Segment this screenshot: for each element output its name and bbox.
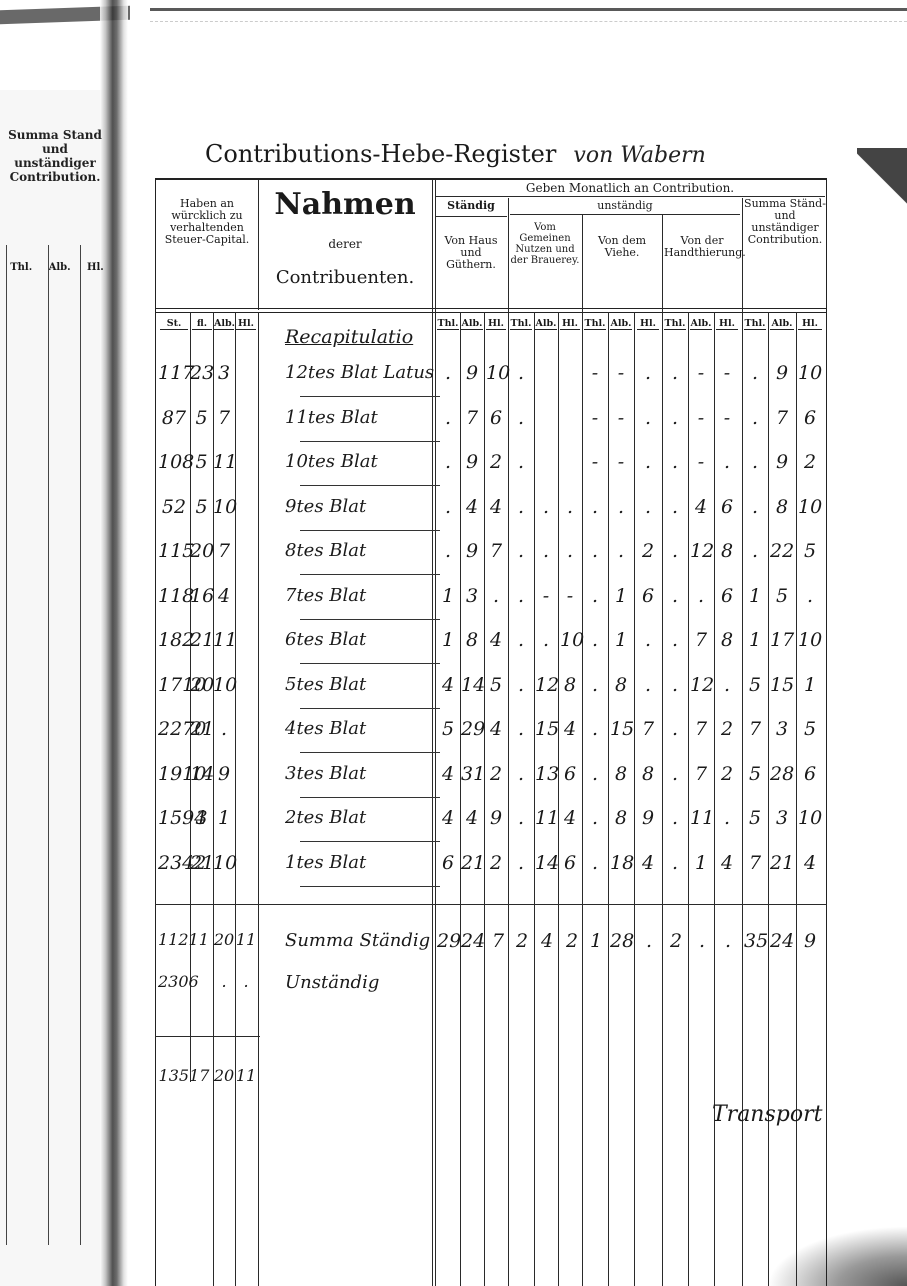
summa-cell: 3 xyxy=(770,718,794,740)
houses-cell: . xyxy=(437,451,459,473)
name-underline xyxy=(300,619,440,620)
unit-hl: Hl. xyxy=(87,262,104,273)
table-row: 171020105tes Blat4145.128.8..12.5151 xyxy=(150,674,830,718)
header-bottom-rule xyxy=(155,308,827,313)
cell: 11 xyxy=(235,1066,257,1085)
summa-cell: 4 xyxy=(798,852,822,874)
total-cell: . xyxy=(716,930,740,952)
cell: . xyxy=(213,972,235,991)
summa-cell: 7 xyxy=(770,407,794,429)
trade-cell: 8 xyxy=(716,540,738,562)
capital-cell: 7 xyxy=(213,540,235,562)
common-cell: . xyxy=(535,540,557,562)
totals-money: 29247242128.2..35249 xyxy=(150,930,830,974)
name-underline xyxy=(300,574,440,575)
houses-cell: 2 xyxy=(486,763,506,785)
cattle-cell: . xyxy=(584,540,606,562)
summa-cell: 10 xyxy=(798,362,822,384)
contributor-name: 3tes Blat xyxy=(285,763,366,784)
trade-cell: 6 xyxy=(716,585,738,607)
capital-cell: 9 xyxy=(213,763,235,785)
cell: 20 xyxy=(213,1066,235,1085)
unit-thl: Thl. xyxy=(584,318,606,330)
capital-cell: 23 xyxy=(190,362,213,384)
previous-page-header: Summa Stand und unständiger Contribution… xyxy=(0,128,110,184)
houses-cell: 9 xyxy=(461,451,483,473)
cattle-cell: . xyxy=(584,496,606,518)
capital-cell: 2342 xyxy=(158,852,190,874)
trade-cell: 2 xyxy=(716,718,738,740)
cattle-cell: 8 xyxy=(637,763,659,785)
trade-cell: 4 xyxy=(716,852,738,874)
capital-cell: 20 xyxy=(190,674,213,696)
total-cell: 2 xyxy=(510,930,534,952)
trade-cell: . xyxy=(664,718,686,740)
cattle-cell: . xyxy=(584,674,606,696)
name-underline xyxy=(300,530,440,531)
capital-cell: 21 xyxy=(190,852,213,874)
capital-cell: 5 xyxy=(190,496,213,518)
common-cell: . xyxy=(510,718,532,740)
total-cell: 35 xyxy=(744,930,768,952)
header-monthly: Geben Monatlich an Contribution. xyxy=(435,182,825,195)
cattle-cell: . xyxy=(637,629,659,651)
summa-cell: 7 xyxy=(744,852,766,874)
total-cell: 28 xyxy=(610,930,634,952)
unit-hl: Hl. xyxy=(486,318,506,330)
total-cell: 1 xyxy=(584,930,608,952)
summa-cell: 17 xyxy=(770,629,794,651)
houses-cell: 3 xyxy=(461,585,483,607)
trade-cell: - xyxy=(690,407,712,429)
common-cell: . xyxy=(535,496,557,518)
trade-cell: 7 xyxy=(690,629,712,651)
cattle-cell: 8 xyxy=(610,807,632,829)
summa-cell: 10 xyxy=(798,807,822,829)
houses-cell: . xyxy=(437,407,459,429)
unit-hl: Hl. xyxy=(716,318,738,330)
contributor-name: 4tes Blat xyxy=(285,718,366,739)
common-cell: 14 xyxy=(535,852,557,874)
totals-rule xyxy=(155,904,827,905)
cattle-cell: . xyxy=(584,852,606,874)
summa-cell: 15 xyxy=(770,674,794,696)
trade-cell: . xyxy=(664,674,686,696)
common-cell: 13 xyxy=(535,763,557,785)
rule xyxy=(258,180,259,310)
cattle-cell: . xyxy=(637,674,659,696)
houses-cell: 7 xyxy=(461,407,483,429)
trade-cell: . xyxy=(716,674,738,696)
capital-cell: 21 xyxy=(190,718,213,740)
trade-cell: . xyxy=(664,496,686,518)
capital-cell: 182 xyxy=(158,629,190,651)
cell: 2306 xyxy=(158,972,198,991)
capital-cell: 1 xyxy=(213,807,235,829)
capital-cell: 5 xyxy=(190,451,213,473)
capital-cell: 52 xyxy=(158,496,190,518)
total-cell: . xyxy=(637,930,661,952)
previous-page-units: Thl. Alb. Hl. xyxy=(2,262,112,273)
capital-cell: 10 xyxy=(213,674,235,696)
total-cell: 9 xyxy=(798,930,822,952)
unit-thl: Thl. xyxy=(437,318,459,330)
common-cell: . xyxy=(510,763,532,785)
name-underline xyxy=(300,663,440,664)
capital-cell: 14 xyxy=(190,763,213,785)
capital-cell: 3 xyxy=(190,807,213,829)
total-cell: 24 xyxy=(770,930,794,952)
capital-cell: 4 xyxy=(213,585,235,607)
houses-cell: 8 xyxy=(461,629,483,651)
common-cell: 12 xyxy=(535,674,557,696)
cattle-cell: 18 xyxy=(610,852,632,874)
cattle-cell: 8 xyxy=(610,674,632,696)
capital-cell: 5 xyxy=(190,407,213,429)
trade-cell: . xyxy=(716,807,738,829)
header-names-small: Contribuenten. xyxy=(260,268,430,288)
summa-cell: 10 xyxy=(798,496,822,518)
common-cell: 10 xyxy=(560,629,580,651)
capital-cell: 87 xyxy=(158,407,190,429)
trade-cell: 7 xyxy=(690,763,712,785)
houses-cell: . xyxy=(437,496,459,518)
summa-cell: 1 xyxy=(744,629,766,651)
summa-cell: 6 xyxy=(798,407,822,429)
cattle-cell: . xyxy=(637,362,659,384)
houses-cell: 5 xyxy=(486,674,506,696)
unit-fl: fl. xyxy=(192,318,212,330)
capital-cell: 1594 xyxy=(158,807,190,829)
houses-cell: 4 xyxy=(461,496,483,518)
capital-cell: 1910 xyxy=(158,763,190,785)
book-spine xyxy=(100,0,128,1286)
corner-shadow xyxy=(857,148,907,208)
grand-total-rule xyxy=(155,1036,260,1037)
trade-cell: 7 xyxy=(690,718,712,740)
capital-cell: 7 xyxy=(213,407,235,429)
common-cell: . xyxy=(560,496,580,518)
register-title-row: Contributions-Hebe-Register von Wabern xyxy=(205,140,706,168)
summa-cell: 6 xyxy=(798,763,822,785)
trade-cell: - xyxy=(716,362,738,384)
cattle-cell: . xyxy=(637,496,659,518)
cattle-cell: . xyxy=(584,585,606,607)
common-cell: 4 xyxy=(560,807,580,829)
trade-cell: . xyxy=(664,540,686,562)
unit-thl: Thl. xyxy=(10,262,32,273)
common-cell: . xyxy=(510,674,532,696)
header-trade: Von der Handthierung. xyxy=(664,235,740,259)
contributor-name: 11tes Blat xyxy=(285,407,378,428)
houses-cell: 4 xyxy=(486,718,506,740)
houses-cell: 5 xyxy=(437,718,459,740)
summa-cell: . xyxy=(744,451,766,473)
cattle-cell: 15 xyxy=(610,718,632,740)
capital-cell: 11 xyxy=(213,629,235,651)
register-title: Contributions-Hebe-Register xyxy=(205,140,556,168)
header-summa: Summa Ständ- und unständiger Contributio… xyxy=(744,198,826,246)
summa-cell: 5 xyxy=(744,807,766,829)
unit-hl: Hl. xyxy=(637,318,659,330)
village-name: von Wabern xyxy=(573,143,705,168)
header-houses: Von Haus und Güthern. xyxy=(435,235,507,271)
contributor-name: 8tes Blat xyxy=(285,540,366,561)
table-row: 525109tes Blat.44.......46.810 xyxy=(150,496,830,540)
cattle-cell: . xyxy=(584,718,606,740)
recap-label: Recapitulatio xyxy=(285,326,413,348)
header-common: Vom Gemeinen Nutzen und der Brauerey. xyxy=(510,222,580,266)
trade-cell: 12 xyxy=(690,540,712,562)
houses-cell: 2 xyxy=(486,451,506,473)
common-cell: . xyxy=(510,496,532,518)
contributor-name: 9tes Blat xyxy=(285,496,366,517)
houses-cell: 6 xyxy=(437,852,459,874)
header-capital: Haben an würcklich zu verhaltenden Steue… xyxy=(158,198,256,246)
table-row: 1181647tes Blat13..--.16..615. xyxy=(150,585,830,629)
unit-alb: Alb. xyxy=(610,318,632,330)
cattle-cell: . xyxy=(637,451,659,473)
unit-st: St. xyxy=(160,318,188,330)
summa-cell: 5 xyxy=(770,585,794,607)
name-underline xyxy=(300,441,440,442)
cell: . xyxy=(235,972,257,991)
trade-cell: 11 xyxy=(690,807,712,829)
table-row: 227021.4tes Blat5294.154.157.72735 xyxy=(150,718,830,762)
houses-cell: 9 xyxy=(461,540,483,562)
trade-cell: . xyxy=(664,451,686,473)
table-row: 875711tes Blat.76.--..--.76 xyxy=(150,407,830,451)
total-cell: . xyxy=(690,930,714,952)
total-cell: 24 xyxy=(461,930,485,952)
cattle-cell: 6 xyxy=(637,585,659,607)
trade-cell: - xyxy=(690,451,712,473)
houses-cell: 2 xyxy=(486,852,506,874)
capital-cell: . xyxy=(213,718,235,740)
capital-cell: 108 xyxy=(158,451,190,473)
common-cell: . xyxy=(510,540,532,562)
contributor-name: 6tes Blat xyxy=(285,629,366,650)
summa-cell: . xyxy=(744,407,766,429)
summa-cell: 9 xyxy=(770,451,794,473)
capital-cell: 115 xyxy=(158,540,190,562)
common-cell: 6 xyxy=(560,763,580,785)
capital-cell: 118 xyxy=(158,585,190,607)
capital-cell: 16 xyxy=(190,585,213,607)
summa-cell: 21 xyxy=(770,852,794,874)
header-names-big: Nahmen xyxy=(260,188,430,221)
houses-cell: . xyxy=(437,362,459,384)
houses-cell: 29 xyxy=(461,718,483,740)
summa-cell: 5 xyxy=(798,540,822,562)
cattle-cell: 1 xyxy=(610,629,632,651)
houses-cell: 9 xyxy=(486,807,506,829)
common-cell: 6 xyxy=(560,852,580,874)
trade-cell: . xyxy=(664,407,686,429)
unit-alb: Alb. xyxy=(690,318,712,330)
name-underline xyxy=(300,841,440,842)
trade-cell: . xyxy=(690,585,712,607)
common-cell: . xyxy=(510,362,532,384)
capital-cell: 1710 xyxy=(158,674,190,696)
trade-cell: 6 xyxy=(716,496,738,518)
common-cell: . xyxy=(510,585,532,607)
capital-cell: 21 xyxy=(190,629,213,651)
houses-cell: 7 xyxy=(486,540,506,562)
cattle-cell: - xyxy=(584,362,606,384)
summa-cell: . xyxy=(744,540,766,562)
summa-cell: 28 xyxy=(770,763,794,785)
summa-cell: . xyxy=(798,585,822,607)
summa-cell: 22 xyxy=(770,540,794,562)
total-cell: 7 xyxy=(486,930,510,952)
trade-cell: 2 xyxy=(716,763,738,785)
summa-cell: . xyxy=(744,362,766,384)
houses-cell: 10 xyxy=(486,362,506,384)
summa-cell: 5 xyxy=(798,718,822,740)
trade-cell: - xyxy=(716,407,738,429)
unit-alb: Alb. xyxy=(214,318,234,330)
contributor-name: 1tes Blat xyxy=(285,852,366,873)
common-cell: 15 xyxy=(535,718,557,740)
totals-unstandig-row: 2306 . . Unständig xyxy=(150,972,830,1016)
trade-cell: . xyxy=(664,585,686,607)
summa-cell: 5 xyxy=(744,674,766,696)
common-cell: 8 xyxy=(560,674,580,696)
summa-cell: 3 xyxy=(770,807,794,829)
cattle-cell: - xyxy=(584,451,606,473)
common-cell: . xyxy=(510,807,532,829)
houses-cell: 4 xyxy=(461,807,483,829)
common-cell: . xyxy=(535,629,557,651)
cattle-cell: . xyxy=(610,496,632,518)
cell: 13517 xyxy=(158,1066,210,1085)
table-row: 19101493tes Blat4312.136.88.725286 xyxy=(150,763,830,807)
page-top-edge xyxy=(150,8,907,22)
capital-cell: 20 xyxy=(190,540,213,562)
summa-cell: 2 xyxy=(798,451,822,473)
name-underline xyxy=(300,752,440,753)
summa-cell: . xyxy=(744,496,766,518)
houses-cell: . xyxy=(437,540,459,562)
unit-alb: Alb. xyxy=(770,318,794,330)
name-underline xyxy=(300,396,440,397)
trade-cell: . xyxy=(716,451,738,473)
houses-cell: 6 xyxy=(486,407,506,429)
total-cell: 2 xyxy=(664,930,688,952)
cattle-cell: 2 xyxy=(637,540,659,562)
common-cell: - xyxy=(560,585,580,607)
contributor-name: 7tes Blat xyxy=(285,585,366,606)
capital-cell: 2270 xyxy=(158,718,190,740)
header-names-mid: derer xyxy=(260,238,430,251)
cattle-cell: 4 xyxy=(637,852,659,874)
name-underline xyxy=(300,886,440,887)
trade-cell: - xyxy=(690,362,712,384)
trade-cell: 8 xyxy=(716,629,738,651)
unit-thl: Thl. xyxy=(664,318,686,330)
name-underline xyxy=(300,485,440,486)
contributor-name: 10tes Blat xyxy=(285,451,378,472)
table-row: 18221116tes Blat184..10.1..7811710 xyxy=(150,629,830,673)
cattle-cell: 9 xyxy=(637,807,659,829)
summa-cell: 8 xyxy=(770,496,794,518)
table-row: 10851110tes Blat.92.--..-..92 xyxy=(150,451,830,495)
summa-cell: 9 xyxy=(770,362,794,384)
houses-cell: 1 xyxy=(437,629,459,651)
unit-hl: Hl. xyxy=(798,318,822,330)
unit-hl: Hl. xyxy=(560,318,580,330)
contributor-name: 5tes Blat xyxy=(285,674,366,695)
cattle-cell: . xyxy=(610,540,632,562)
contributor-name: 12tes Blat Latus xyxy=(285,362,434,383)
houses-cell: 4 xyxy=(486,629,506,651)
cattle-cell: 8 xyxy=(610,763,632,785)
unit-alb: Alb. xyxy=(49,262,71,273)
summa-cell: 1 xyxy=(798,674,822,696)
rule xyxy=(435,216,507,217)
header-cattle: Von dem Viehe. xyxy=(582,235,662,259)
total-cell: 2 xyxy=(560,930,584,952)
trade-cell: . xyxy=(664,763,686,785)
contributor-name: 2tes Blat xyxy=(285,807,366,828)
houses-cell: 1 xyxy=(437,585,459,607)
totals-unstandig-label: Unständig xyxy=(285,972,379,993)
houses-cell: 14 xyxy=(461,674,483,696)
cattle-cell: 7 xyxy=(637,718,659,740)
capital-cell: 10 xyxy=(213,496,235,518)
unit-alb: Alb. xyxy=(461,318,483,330)
common-cell: - xyxy=(535,585,557,607)
capital-cell: 117 xyxy=(158,362,190,384)
summa-cell: 7 xyxy=(744,718,766,740)
trade-cell: . xyxy=(664,852,686,874)
rule xyxy=(435,196,825,197)
cattle-cell: . xyxy=(584,763,606,785)
total-cell: 4 xyxy=(535,930,559,952)
table-row: 11723312tes Blat Latus.910.--..--.910 xyxy=(150,362,830,406)
header-top-rule xyxy=(155,178,827,180)
common-cell: 4 xyxy=(560,718,580,740)
cattle-cell: - xyxy=(584,407,606,429)
common-cell: . xyxy=(510,451,532,473)
header-unstandig: unständig xyxy=(510,200,740,212)
common-cell: 11 xyxy=(535,807,557,829)
common-cell: . xyxy=(560,540,580,562)
transport-note: Transport xyxy=(712,1102,822,1127)
houses-cell: 4 xyxy=(437,674,459,696)
unit-alb: Alb. xyxy=(535,318,557,330)
cattle-cell: - xyxy=(610,407,632,429)
cattle-cell: . xyxy=(584,629,606,651)
trade-cell: . xyxy=(664,362,686,384)
capital-cell: 10 xyxy=(213,852,235,874)
table-row: 1594312tes Blat449.114.89.11.5310 xyxy=(150,807,830,851)
trade-cell: 4 xyxy=(690,496,712,518)
summa-cell: 1 xyxy=(744,585,766,607)
rule xyxy=(510,214,740,215)
name-underline xyxy=(300,797,440,798)
houses-cell: 4 xyxy=(486,496,506,518)
common-cell: . xyxy=(510,852,532,874)
trade-cell: . xyxy=(664,629,686,651)
common-cell: . xyxy=(510,629,532,651)
capital-cell: 11 xyxy=(213,451,235,473)
trade-cell: 1 xyxy=(690,852,712,874)
cattle-cell: - xyxy=(610,362,632,384)
common-cell: . xyxy=(510,407,532,429)
trade-cell: . xyxy=(664,807,686,829)
